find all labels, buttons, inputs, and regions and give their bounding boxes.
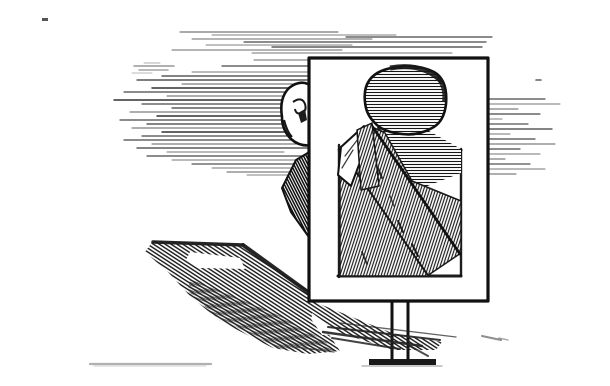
corner-mark [42, 18, 48, 21]
ground-dash-right [482, 336, 508, 340]
illustration [40, 16, 610, 370]
illustration-canvas [40, 16, 610, 370]
cloud-scribble [132, 63, 174, 73]
ground-line [90, 364, 211, 366]
illustration-layers [42, 18, 560, 366]
sign-post-base [369, 359, 436, 365]
